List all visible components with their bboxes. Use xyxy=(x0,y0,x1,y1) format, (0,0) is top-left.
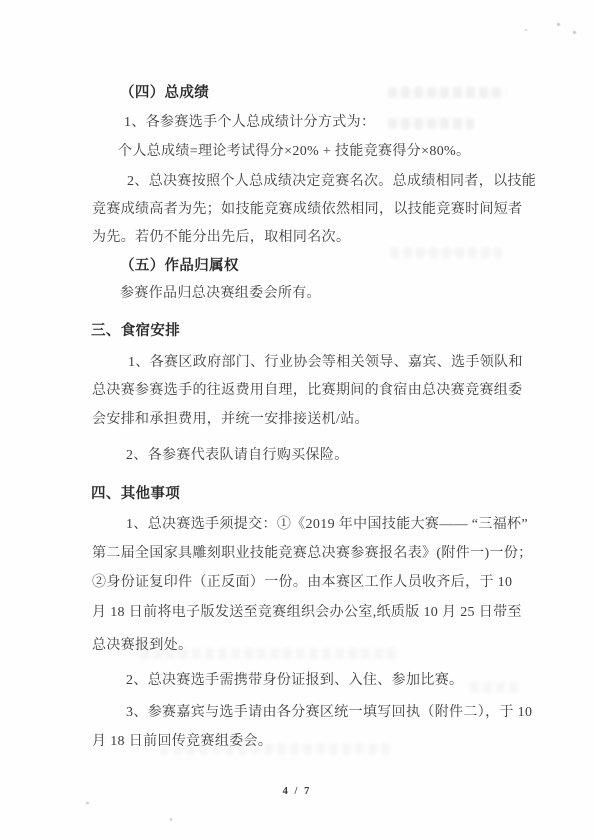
heading-section-5-work-ownership: （五）作品归属权 xyxy=(120,257,239,275)
scan-speck xyxy=(525,29,527,31)
doc-line-score-formula: 个人总成绩=理论考试得分×20% + 技能竞赛得分×80%。 xyxy=(118,143,470,161)
document-page: （四）总成绩 1、各参赛选手个人总成绩计分方式为： 个人总成绩=理论考试得分×2… xyxy=(0,0,594,840)
bleed-through-artifact xyxy=(390,247,502,258)
doc-line: 月 18 日前将电子版发送至竞赛组织会办公室,纸质版 10 月 25 日带至 xyxy=(92,604,522,622)
doc-line: 总决赛参赛选手的往返费用自理，比赛期间的食宿由总决赛竞赛组委 xyxy=(92,382,523,400)
doc-line: 1、各赛区政府部门、行业协会等相关领导、嘉宾、选手领队和 xyxy=(128,354,523,372)
heading-section-4-other-matters: 四、其他事项 xyxy=(91,485,180,503)
bleed-through-artifact xyxy=(470,682,520,693)
doc-line: 1、总决赛选手须提交：①《2019 年中国技能大赛—— “三福杯” xyxy=(126,516,528,534)
doc-line: 3、参赛嘉宾与选手请由各分赛区统一填写回执（附件二），于 10 xyxy=(126,704,532,722)
heading-section-3-accommodation: 三、食宿安排 xyxy=(91,322,180,340)
bleed-through-artifact xyxy=(140,648,398,659)
doc-line: 第二届全国家具雕刻职业技能竞赛总决赛参赛报名表》(附件一)一份； xyxy=(92,545,533,563)
scan-speck xyxy=(86,802,89,804)
doc-line: 会安排和承担费用，并统一安排接送机/站。 xyxy=(92,411,369,429)
doc-line: 2、总决赛选手需携带身份证报到、入住、参加比赛。 xyxy=(126,672,463,690)
page-number: 4 / 7 xyxy=(0,786,594,797)
scan-speck xyxy=(170,818,172,821)
heading-section-4-total-score: （四）总成绩 xyxy=(120,84,209,102)
doc-line: 1、各参赛选手个人总成绩计分方式为： xyxy=(124,114,375,132)
bleed-through-artifact xyxy=(388,87,506,98)
doc-line: 2、总决赛按照个人总成绩决定竞赛名次。总成绩相同者，以技能 xyxy=(127,173,536,191)
bleed-through-artifact xyxy=(388,118,474,129)
doc-line: 竞赛成绩高者为先；如技能竞赛成绩依然相同，以技能竞赛时间短者 xyxy=(92,201,523,219)
scan-speck xyxy=(573,31,576,34)
bleed-through-artifact xyxy=(160,743,390,754)
doc-line: 2、各参赛代表队请自行购买保险。 xyxy=(126,447,349,465)
doc-line: ②身份证复印件（正反面）一份。由本赛区工作人员收齐后，于 10 xyxy=(92,574,512,592)
doc-line: 为先。若仍不能分出先后，取相同名次。 xyxy=(92,229,350,247)
doc-line: 参赛作品归总决赛组委会所有。 xyxy=(120,285,321,303)
scan-speck xyxy=(557,23,560,26)
